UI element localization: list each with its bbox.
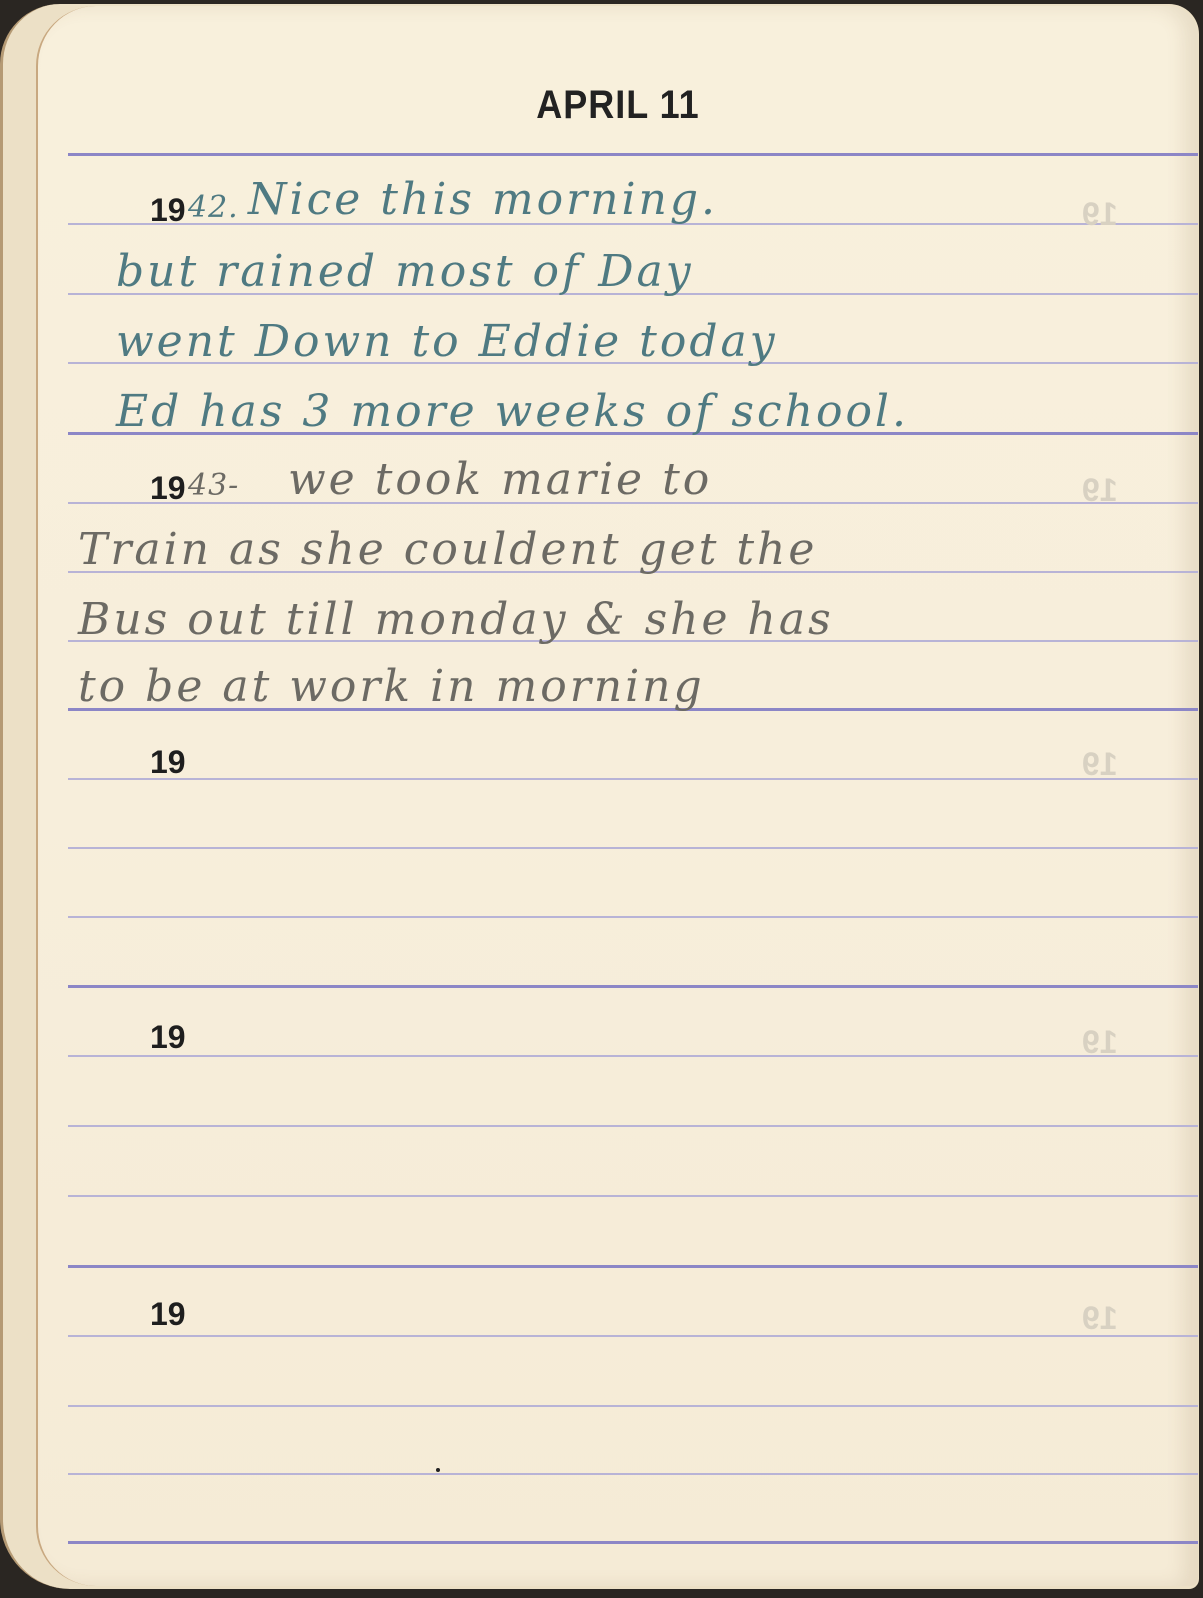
section-rule: [68, 153, 1198, 156]
section-rule: [68, 1541, 1198, 1544]
section-rule: [68, 985, 1198, 988]
handwritten-line: to be at work in morning: [78, 661, 705, 712]
year-label: 19: [150, 744, 186, 781]
bleed-through-year: 19: [1082, 746, 1118, 783]
handwritten-line: Ed has 3 more weeks of school.: [116, 386, 909, 437]
bleed-through-year: 19: [1082, 472, 1118, 509]
ruled-line: [68, 1405, 1198, 1407]
ruled-line: [68, 1195, 1198, 1197]
handwritten-line: but rained most of Day: [116, 246, 694, 297]
paper-speck: [436, 1468, 440, 1472]
ruled-line: [68, 778, 1198, 780]
ruled-line: [68, 1335, 1198, 1337]
bleed-through-year: 19: [1082, 1024, 1118, 1061]
bleed-through-year: 19: [1082, 196, 1118, 233]
ruled-line: [68, 1055, 1198, 1057]
year-label: 19: [150, 192, 186, 229]
year-suffix-handwritten: 42.: [188, 190, 239, 225]
year-label: 19: [150, 1019, 186, 1056]
ruled-line: [68, 1125, 1198, 1127]
handwritten-line: went Down to Eddie today: [116, 316, 778, 367]
handwritten-line: Train as she couldent get the: [78, 524, 817, 575]
bleed-through-year: 19: [1082, 1300, 1118, 1337]
ruled-line: [68, 847, 1198, 849]
year-label: 19: [150, 470, 186, 507]
handwritten-line: we took marie to: [288, 454, 712, 505]
ruled-line: [68, 916, 1198, 918]
section-rule: [68, 1265, 1198, 1268]
diary-page: APRIL 11 19 42. Nice this morning. but r…: [36, 6, 1198, 1586]
handwritten-line: Nice this morning.: [248, 174, 718, 225]
ruled-line: [68, 1473, 1198, 1475]
handwritten-line: Bus out till monday & she has: [78, 594, 834, 645]
year-suffix-handwritten: 43-: [188, 468, 239, 503]
date-header: APRIL 11: [38, 82, 1198, 128]
year-label: 19: [150, 1296, 186, 1333]
